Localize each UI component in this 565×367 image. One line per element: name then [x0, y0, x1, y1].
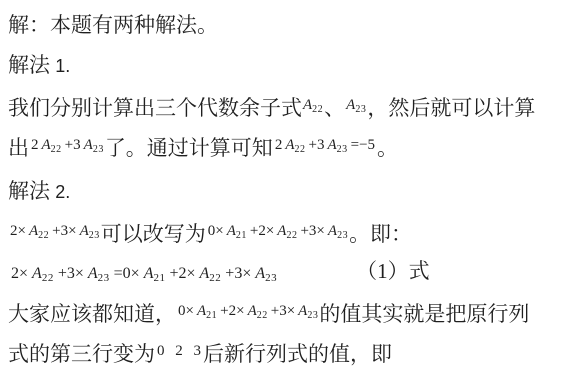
math-operator-run: +2× — [248, 223, 276, 239]
equation-variable-run: A23 — [87, 265, 111, 282]
math-variable-run: A23 — [83, 137, 105, 153]
cjk-text-run: 的值其实就是把原行列 — [319, 302, 529, 326]
cjk-text-run: 大家应该都知道， — [8, 302, 176, 326]
math-operator-run: 2 — [29, 137, 41, 153]
equation-variable-run: A21 — [143, 265, 167, 282]
line-solution-intro: 解：本题有两种解法。 — [8, 5, 565, 45]
math-variable-run: A21 — [196, 303, 218, 319]
math-variable-run: A23 — [297, 303, 319, 319]
cjk-text-run: 。即： — [349, 222, 412, 246]
math-operator-run: 2× — [8, 223, 28, 239]
subscript: 23 — [98, 272, 110, 284]
cjk-text-run: 解法 — [8, 53, 55, 77]
math-variable-run: A23 — [345, 97, 367, 113]
equation-number-label: （1）式 — [356, 259, 430, 283]
math-operator-run: 2 — [273, 137, 285, 153]
number-run: 2. — [55, 182, 70, 202]
math-digits-run: 0 2 3 — [155, 343, 203, 359]
subscript: 21 — [206, 310, 217, 321]
document-page: 解：本题有两种解法。解法 1.我们分别计算出三个代数余子式A22、A23，然后就… — [0, 0, 565, 367]
line-method1-heading: 解法 1. — [8, 45, 565, 85]
subscript: 23 — [93, 144, 104, 155]
math-variable-run: A21 — [226, 223, 248, 239]
cjk-text-run: 、 — [324, 96, 345, 120]
cjk-text-run: 了。通过计算可知 — [105, 136, 273, 160]
subscript: 22 — [257, 310, 268, 321]
subscript: 22 — [51, 144, 62, 155]
math-operator-run: =−5 — [349, 137, 377, 153]
subscript: 23 — [355, 104, 366, 115]
equation-operator-run: 2× — [8, 265, 31, 282]
cjk-text-run: 后新行列式的值，即 — [203, 342, 392, 366]
math-operator-run: +3 — [63, 137, 83, 153]
math-variable-run: A22 — [247, 303, 269, 319]
subscript: 22 — [286, 230, 297, 241]
cjk-text-run: 式的第三行变为 — [8, 342, 155, 366]
math-operator-run: +3× — [298, 223, 326, 239]
cjk-text-run: ，然后就可以计算 — [367, 96, 535, 120]
cjk-text-run: 解：本题有两种解法。 — [8, 13, 218, 37]
subscript: 21 — [236, 230, 247, 241]
cjk-text-run: 。 — [377, 136, 398, 160]
math-operator-run: 0× — [206, 223, 226, 239]
math-variable-run: A22 — [28, 223, 50, 239]
line-method2-heading: 解法 2. — [8, 171, 565, 211]
subscript: 23 — [307, 310, 318, 321]
equation-operator-run: =0× — [111, 265, 143, 282]
subscript: 22 — [38, 230, 49, 241]
math-operator-run: 0× — [176, 303, 196, 319]
math-variable-run: A23 — [79, 223, 101, 239]
line-method1-text1: 我们分别计算出三个代数余子式A22、A23，然后就可以计算 — [8, 85, 565, 125]
subscript: 23 — [337, 230, 348, 241]
math-variable-run: A23 — [327, 223, 349, 239]
subscript: 23 — [337, 144, 348, 155]
line-method2-text1: 2×A22+3×A23可以改写为0×A21+2×A22+3×A23。即： — [8, 211, 565, 251]
line-method2-text2: 大家应该都知道，0×A21+2×A22+3×A23的值其实就是把原行列 — [8, 291, 565, 331]
math-variable-run: A22 — [41, 137, 63, 153]
equation-operator-run: +3× — [222, 265, 254, 282]
line-equation-1: 2×A22+3×A23=0×A21+2×A22+3×A23（1）式 — [8, 251, 565, 291]
number-run: 1. — [55, 56, 70, 76]
subscript: 23 — [265, 272, 277, 284]
math-operator-run: +3× — [269, 303, 297, 319]
math-operator-run: +3 — [306, 137, 326, 153]
subscript: 22 — [42, 272, 54, 284]
equation-variable-run: A23 — [254, 265, 278, 282]
math-variable-run: A22 — [284, 137, 306, 153]
equation-operator-run: +3× — [55, 265, 87, 282]
math-variable-run: A23 — [326, 137, 348, 153]
math-operator-run: +2× — [218, 303, 246, 319]
subscript: 21 — [153, 272, 165, 284]
line-method1-text2: 出2A22+3A23了。通过计算可知2A22+3A23=−5。 — [8, 125, 565, 165]
math-variable-run: A22 — [276, 223, 298, 239]
equation-variable-run: A22 — [199, 265, 223, 282]
subscript: 23 — [89, 230, 100, 241]
line-method2-text3: 式的第三行变为0 2 3后新行列式的值，即 — [8, 331, 565, 367]
math-operator-run: +3× — [50, 223, 78, 239]
equation-variable-run: A22 — [31, 265, 55, 282]
subscript: 22 — [294, 144, 305, 155]
math-variable-run: A22 — [302, 97, 324, 113]
text-body: 解：本题有两种解法。解法 1.我们分别计算出三个代数余子式A22、A23，然后就… — [8, 5, 565, 367]
subscript: 22 — [312, 104, 323, 115]
cjk-text-run: 我们分别计算出三个代数余子式 — [8, 96, 302, 120]
equation-operator-run: +2× — [166, 265, 198, 282]
cjk-text-run: 可以改写为 — [101, 222, 206, 246]
subscript: 22 — [209, 272, 221, 284]
cjk-text-run: 出 — [8, 136, 29, 160]
cjk-text-run: 解法 — [8, 179, 55, 203]
